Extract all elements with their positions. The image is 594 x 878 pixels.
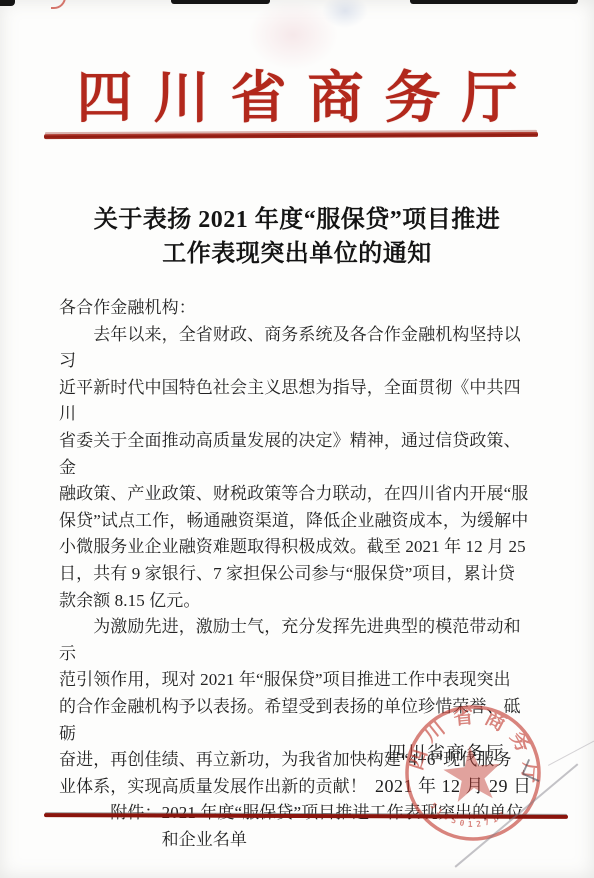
scanned-notice-page: 四川省商务厅 关于表扬 2021 年度“服保贷”项目推进 工作表现突出单位的通知… bbox=[0, 0, 594, 878]
salutation: 各合作金融机构： bbox=[59, 295, 537, 322]
document-title: 关于表扬 2021 年度“服保贷”项目推进 工作表现突出单位的通知 bbox=[0, 203, 594, 271]
seal-star-icon bbox=[441, 743, 503, 803]
paper-crease bbox=[548, 739, 594, 766]
scan-edge-artifact bbox=[0, 0, 15, 6]
paragraph-1: 去年以来，全省财政、商务系统及各合作金融机构坚持以习 近平新时代中国特色社会主义… bbox=[59, 322, 537, 615]
scan-smudge bbox=[322, 0, 368, 28]
letterhead-divider-line bbox=[44, 132, 538, 139]
red-pen-mark bbox=[51, 0, 66, 9]
agency-letterhead: 四川省商务厅 bbox=[0, 54, 594, 130]
scan-edge-artifact bbox=[410, 0, 578, 4]
